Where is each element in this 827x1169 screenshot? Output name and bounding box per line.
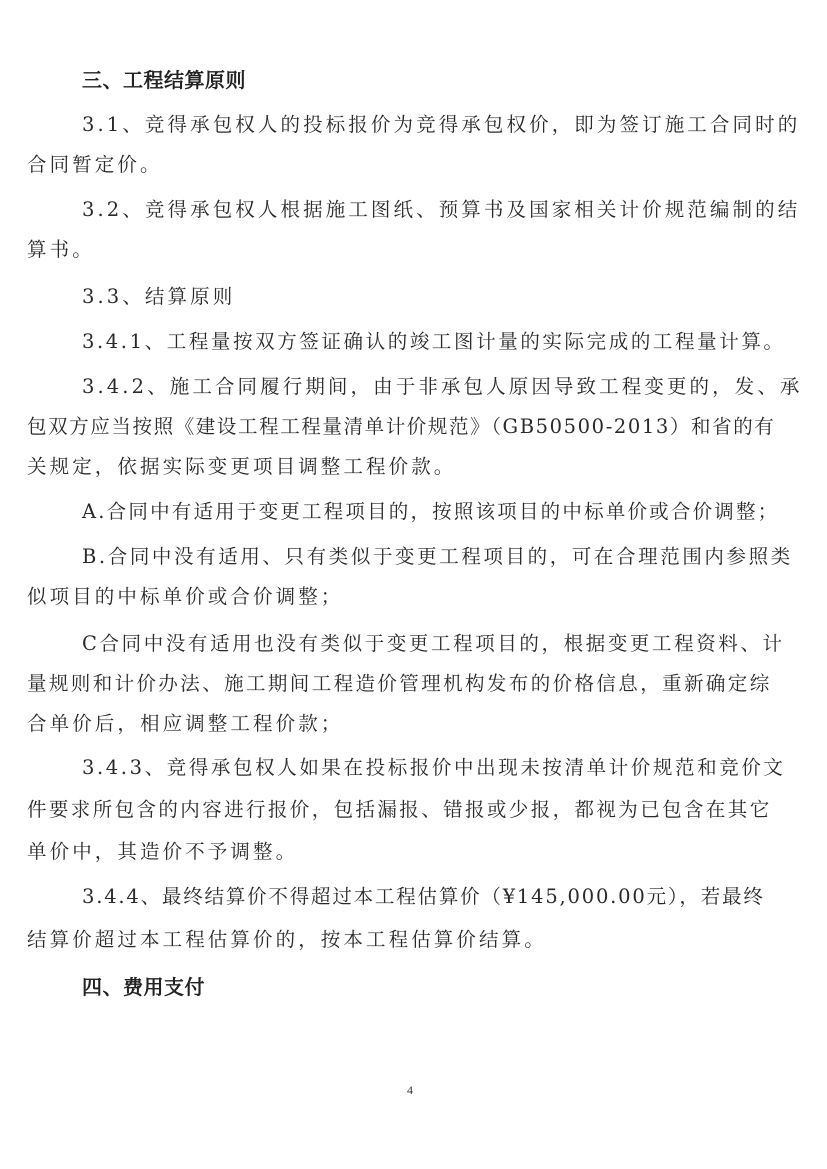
paragraph-3-4-2-line-1: 3.4.2、施工合同履行期间，由于非承包人原因导致工程变更的，发、承: [82, 375, 787, 399]
paragraph-3-4-1: 3.4.1、工程量按双方签证确认的竣工图计量的实际完成的工程量计算。: [82, 330, 787, 354]
section-heading-fee-payment: 四、费用支付: [82, 975, 787, 999]
paragraph-b-line-1: B.合同中没有适用、只有类似于变更工程项目的，可在合理范围内参照类: [82, 545, 787, 569]
paragraph-3-4-2-line-3: 关规定，依据实际变更项目调整工程价款。: [27, 455, 787, 479]
section-heading-settlement-principles: 三、工程结算原则: [82, 68, 787, 92]
paragraph-3-1-line-2: 合同暂定价。: [27, 153, 787, 177]
paragraph-3-1-line-1: 3.1、竞得承包权人的投标报价为竞得承包权价，即为签订施工合同时的: [82, 113, 787, 137]
paragraph-3-4-4-line-2: 结算价超过本工程估算价的，按本工程估算价结算。: [27, 928, 787, 952]
paragraph-a: A.合同中有适用于变更工程项目的，按照该项目的中标单价或合价调整；: [82, 500, 787, 524]
paragraph-3-2-line-2: 算书。: [27, 238, 787, 262]
paragraph-c-line-2: 量规则和计价办法、施工期间工程造价管理机构发布的价格信息，重新确定综: [27, 672, 787, 696]
paragraph-3-4-3-line-1: 3.4.3、竞得承包权人如果在投标报价中出现未按清单计价规范和竞价文: [82, 756, 787, 780]
paragraph-c-line-3: 合单价后，相应调整工程价款；: [27, 712, 787, 736]
paragraph-b-line-2: 似项目的中标单价或合价调整；: [27, 585, 787, 609]
paragraph-3-4-3-line-3: 单价中，其造价不予调整。: [27, 840, 787, 864]
document-page: 三、工程结算原则 3.1、竞得承包权人的投标报价为竞得承包权价，即为签订施工合同…: [0, 0, 827, 1169]
paragraph-3-4-3-line-2: 件要求所包含的内容进行报价，包括漏报、错报或少报，都视为已包含在其它: [27, 798, 787, 822]
paragraph-3-4-4-line-1: 3.4.4、最终结算价不得超过本工程估算价（¥145,000.00元），若最终: [82, 885, 787, 909]
paragraph-c-line-1: C合同中没有适用也没有类似于变更工程项目的，根据变更工程资料、计: [82, 632, 787, 656]
paragraph-3-4-2-line-2: 包双方应当按照《建设工程工程量清单计价规范》（GB50500-2013）和省的有: [27, 415, 787, 439]
paragraph-3-3: 3.3、结算原则: [82, 285, 787, 309]
page-number: 4: [400, 1083, 420, 1098]
paragraph-3-2-line-1: 3.2、竞得承包权人根据施工图纸、预算书及国家相关计价规范编制的结: [82, 198, 787, 222]
